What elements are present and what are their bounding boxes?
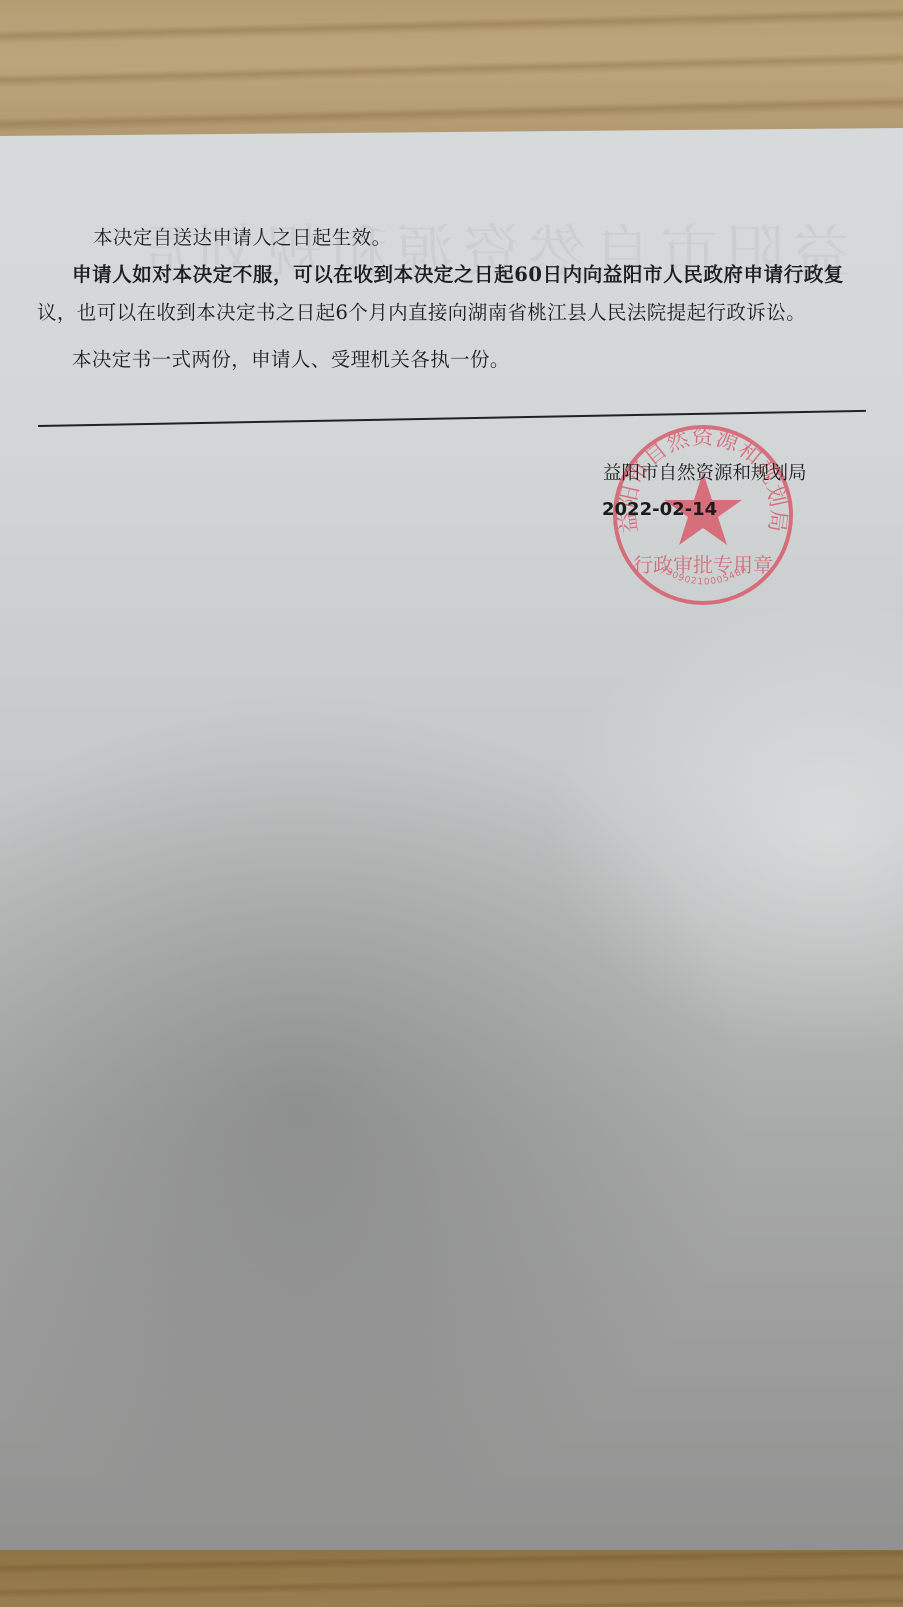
- paragraph-effective: 本决定自送达申请人之日起生效。: [93, 228, 392, 248]
- paragraph-copies: 本决定书一式两份，申请人、受理机关各执一份。: [72, 350, 510, 370]
- wooden-table-bottom: [0, 1550, 903, 1607]
- issuing-organization: 益阳市自然资源和规划局: [603, 459, 807, 485]
- seal-inner-text: 行政审批专用章: [633, 553, 773, 577]
- wooden-table-top: [0, 0, 903, 150]
- document-page: [0, 128, 903, 1552]
- issue-date: 2022-02-14: [602, 499, 717, 520]
- paragraph-appeal-line-2: 议，也可以在收到本决定书之日起6个月内直接向湖南省桃江县人民法院提起行政诉讼。: [37, 303, 806, 323]
- paragraph-appeal-line-1: 申请人如对本决定不服，可以在收到本决定之日起60日内向益阳市人民政府申请行政复: [72, 265, 844, 285]
